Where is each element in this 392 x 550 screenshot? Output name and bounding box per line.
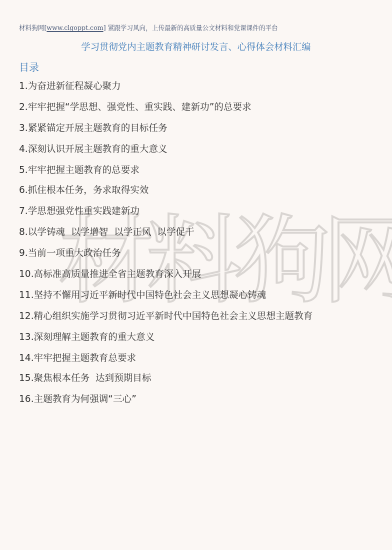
toc-item-14[interactable]: 14.牢牢把握主题教育总要求 — [19, 352, 313, 373]
toc-item-11[interactable]: 11.坚持不懈用习近平新时代中国特色社会主义思想凝心铸魂 — [19, 289, 313, 310]
toc-item-2[interactable]: 2.牢牢把握“学思想、强党性、重实践、建新功”的总要求 — [19, 101, 313, 122]
site-name: 材料狗网 — [19, 25, 44, 32]
toc-item-7[interactable]: 7.学思想强党性重实践建新功 — [19, 205, 313, 226]
site-url-link[interactable]: www.clgoppt.com — [47, 25, 104, 32]
toc-item-13[interactable]: 13.深刻理解主题教育的重大意义 — [19, 331, 313, 352]
toc-item-16[interactable]: 16.主题教育为何强调“三心” — [19, 393, 313, 414]
toc-item-1[interactable]: 1.为奋进新征程凝心聚力 — [19, 80, 313, 101]
toc-item-9[interactable]: 9.当前一项重大政治任务 — [19, 247, 313, 268]
document-title: 学习贯彻党内主题教育精神研讨发言、心得体会材料汇编 — [0, 39, 392, 53]
toc-item-4[interactable]: 4.深刻认识开展主题教育的重大意义 — [19, 143, 313, 164]
toc-item-10[interactable]: 10.高标准高质量推进全省主题教育深入开展 — [19, 268, 313, 289]
toc-item-15[interactable]: 15.聚焦根本任务 达到预期目标 — [19, 372, 313, 393]
header-banner: 材料狗网[www.clgoppt.com] 紧跟学习风向，上传最新的高质量公文材… — [19, 23, 278, 32]
toc-item-12[interactable]: 12.精心组织实施学习贯彻习近平新时代中国特色社会主义思想主题教育 — [19, 310, 313, 331]
toc-item-3[interactable]: 3.紧紧锚定开展主题教育的目标任务 — [19, 122, 313, 143]
table-of-contents: 1.为奋进新征程凝心聚力 2.牢牢把握“学思想、强党性、重实践、建新功”的总要求… — [19, 80, 313, 414]
toc-item-6[interactable]: 6.抓住根本任务，务求取得实效 — [19, 184, 313, 205]
document-page: 材料狗网 材料狗网[www.clgoppt.com] 紧跟学习风向，上传最新的高… — [0, 0, 392, 550]
site-tagline: 紧跟学习风向，上传最新的高质量公文材料和党课课件的平台 — [108, 25, 278, 32]
toc-item-8[interactable]: 8.以学铸魂 以学增智 以学正风 以学促干 — [19, 226, 313, 247]
toc-item-5[interactable]: 5.牢牢把握主题教育的总要求 — [19, 164, 313, 185]
toc-heading: 目录 — [19, 59, 39, 74]
bracket-close: ] — [103, 25, 105, 32]
